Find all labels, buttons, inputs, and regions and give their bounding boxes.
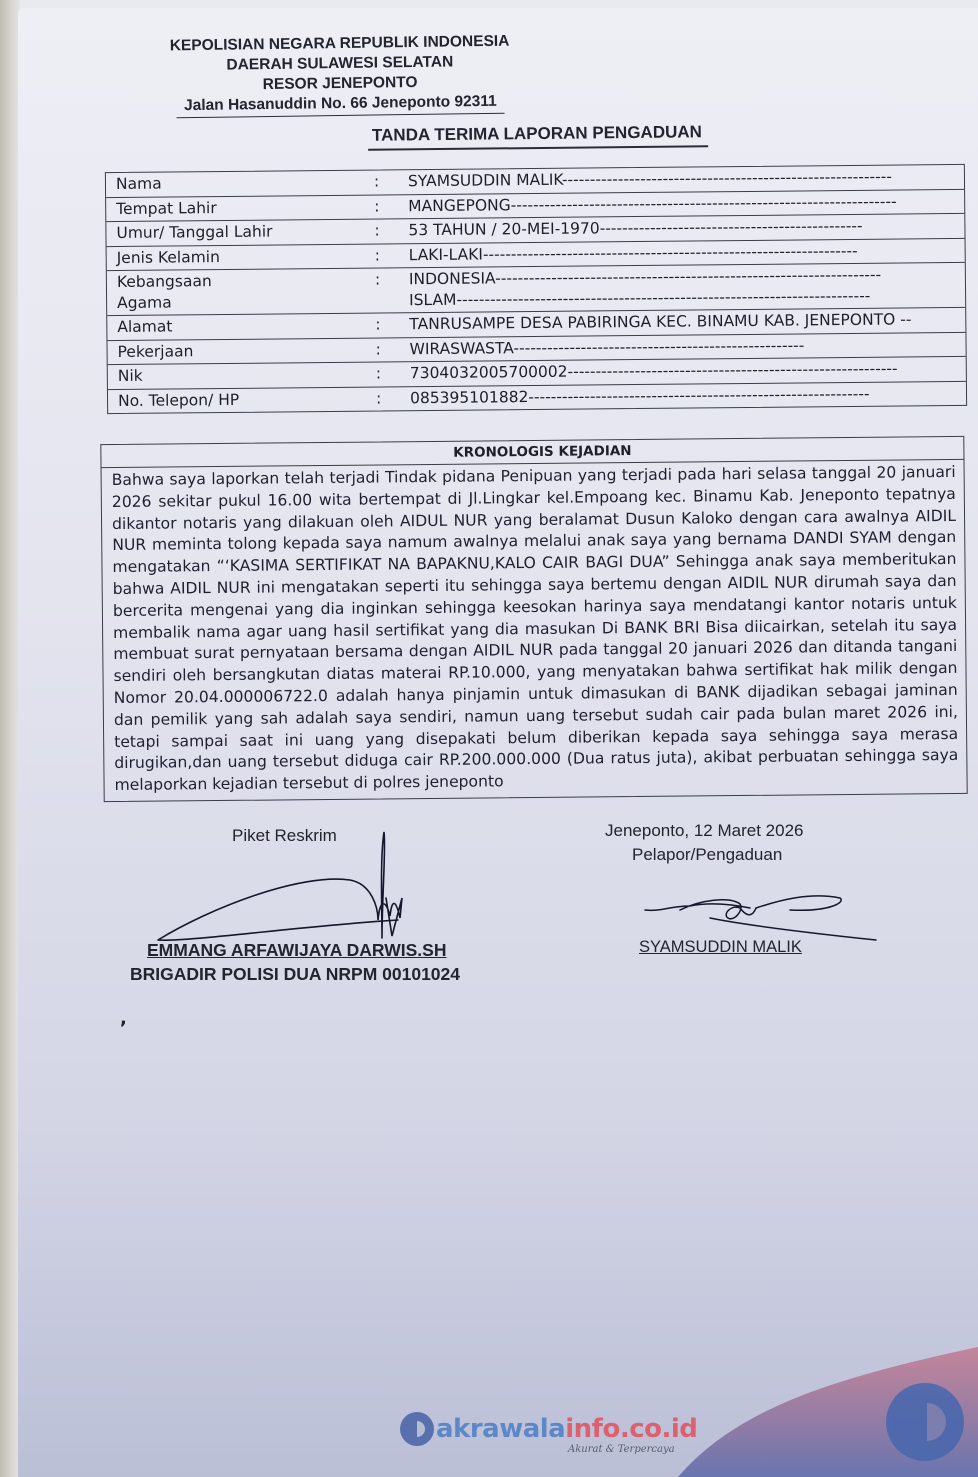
watermark-big-c-icon (886, 1383, 964, 1461)
document-title: TANDA TERIMA LAPORAN PENGADUAN (368, 122, 708, 151)
reporter-identity-table: Nama : SYAMSUDDIN MALIK-----------------… (105, 164, 967, 414)
officer-name: EMMANG ARFAWIJAYA DARWIS.SH (147, 940, 446, 961)
watermark-c-icon (400, 1412, 434, 1446)
field-value: 085395101882----------------------------… (408, 381, 966, 410)
watermark-text: akrawalainfo.co.id (436, 1414, 697, 1444)
field-colon: : (376, 362, 408, 386)
reporter-name: SYAMSUDDIN MALIK (639, 938, 802, 957)
field-colon: : (375, 244, 407, 268)
watermark-logo: akrawalainfo.co.id (400, 1412, 697, 1446)
field-colon: : (374, 219, 406, 243)
field-label: Pekerjaan (107, 338, 375, 364)
field-colon: : (375, 338, 407, 362)
watermark-tagline: Akurat & Terpercaya (568, 1444, 675, 1455)
watermark-name-blue: akrawala (436, 1414, 565, 1444)
field-colon: : (374, 195, 406, 219)
stray-mark: , (120, 1008, 127, 1029)
background-wall (0, 0, 20, 1477)
field-label: Nik (108, 363, 376, 389)
field-label: No. Telepon/ HP (108, 387, 376, 413)
field-label: Umur/ Tanggal Lahir (106, 220, 374, 246)
officer-rank-nrpm: BRIGADIR POLISI DUA NRPM 00101024 (130, 964, 460, 985)
field-label: Nama (106, 171, 374, 197)
place-date: Jeneponto, 12 Maret 2026 (605, 821, 803, 841)
letterhead: KEPOLISIAN NEGARA REPUBLIK INDONESIA DAE… (129, 31, 550, 119)
field-label: Kebangsaan (107, 269, 375, 294)
field-label: Agama (107, 291, 375, 316)
officer-signature-icon (150, 828, 410, 948)
watermark-name-red: info.co.id (565, 1414, 697, 1444)
reporter-role-label: Pelapor/Pengaduan (632, 845, 782, 865)
letterhead-address: Jalan Hasanuddin No. 66 Jeneponto 92311 (176, 92, 505, 119)
field-colon: : (375, 268, 407, 290)
field-label: Alamat (107, 314, 375, 340)
field-label: Jenis Kelamin (107, 244, 375, 270)
field-colon: : (375, 313, 407, 337)
field-colon: : (376, 387, 408, 411)
field-colon: : (374, 170, 406, 194)
chronology-text: Bahwa saya laporkan telah terjadi Tindak… (102, 460, 967, 801)
field-colon (375, 290, 407, 312)
field-label: Tempat Lahir (106, 195, 374, 221)
incident-chronology-box: KRONOLOGIS KEJADIAN Bahwa saya laporkan … (100, 436, 967, 802)
